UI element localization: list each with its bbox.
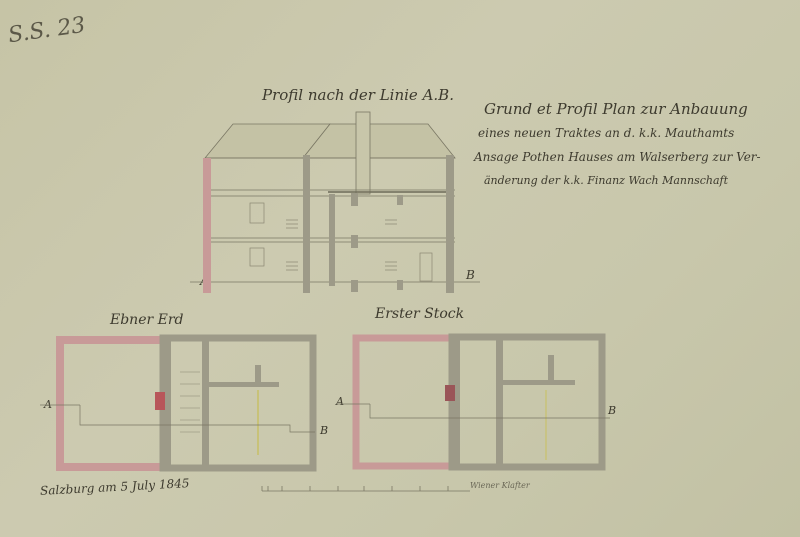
first-floor-plan [336, 337, 610, 467]
scale-bar [262, 486, 470, 491]
new-walls-section [303, 155, 454, 293]
existing-wall-section [203, 158, 211, 293]
ground-floor-plan [40, 338, 315, 468]
drawing-lines [0, 0, 800, 537]
architectural-drawing-sheet: S.S. 23 Profil nach der Linie A.B. Grund… [0, 0, 800, 537]
